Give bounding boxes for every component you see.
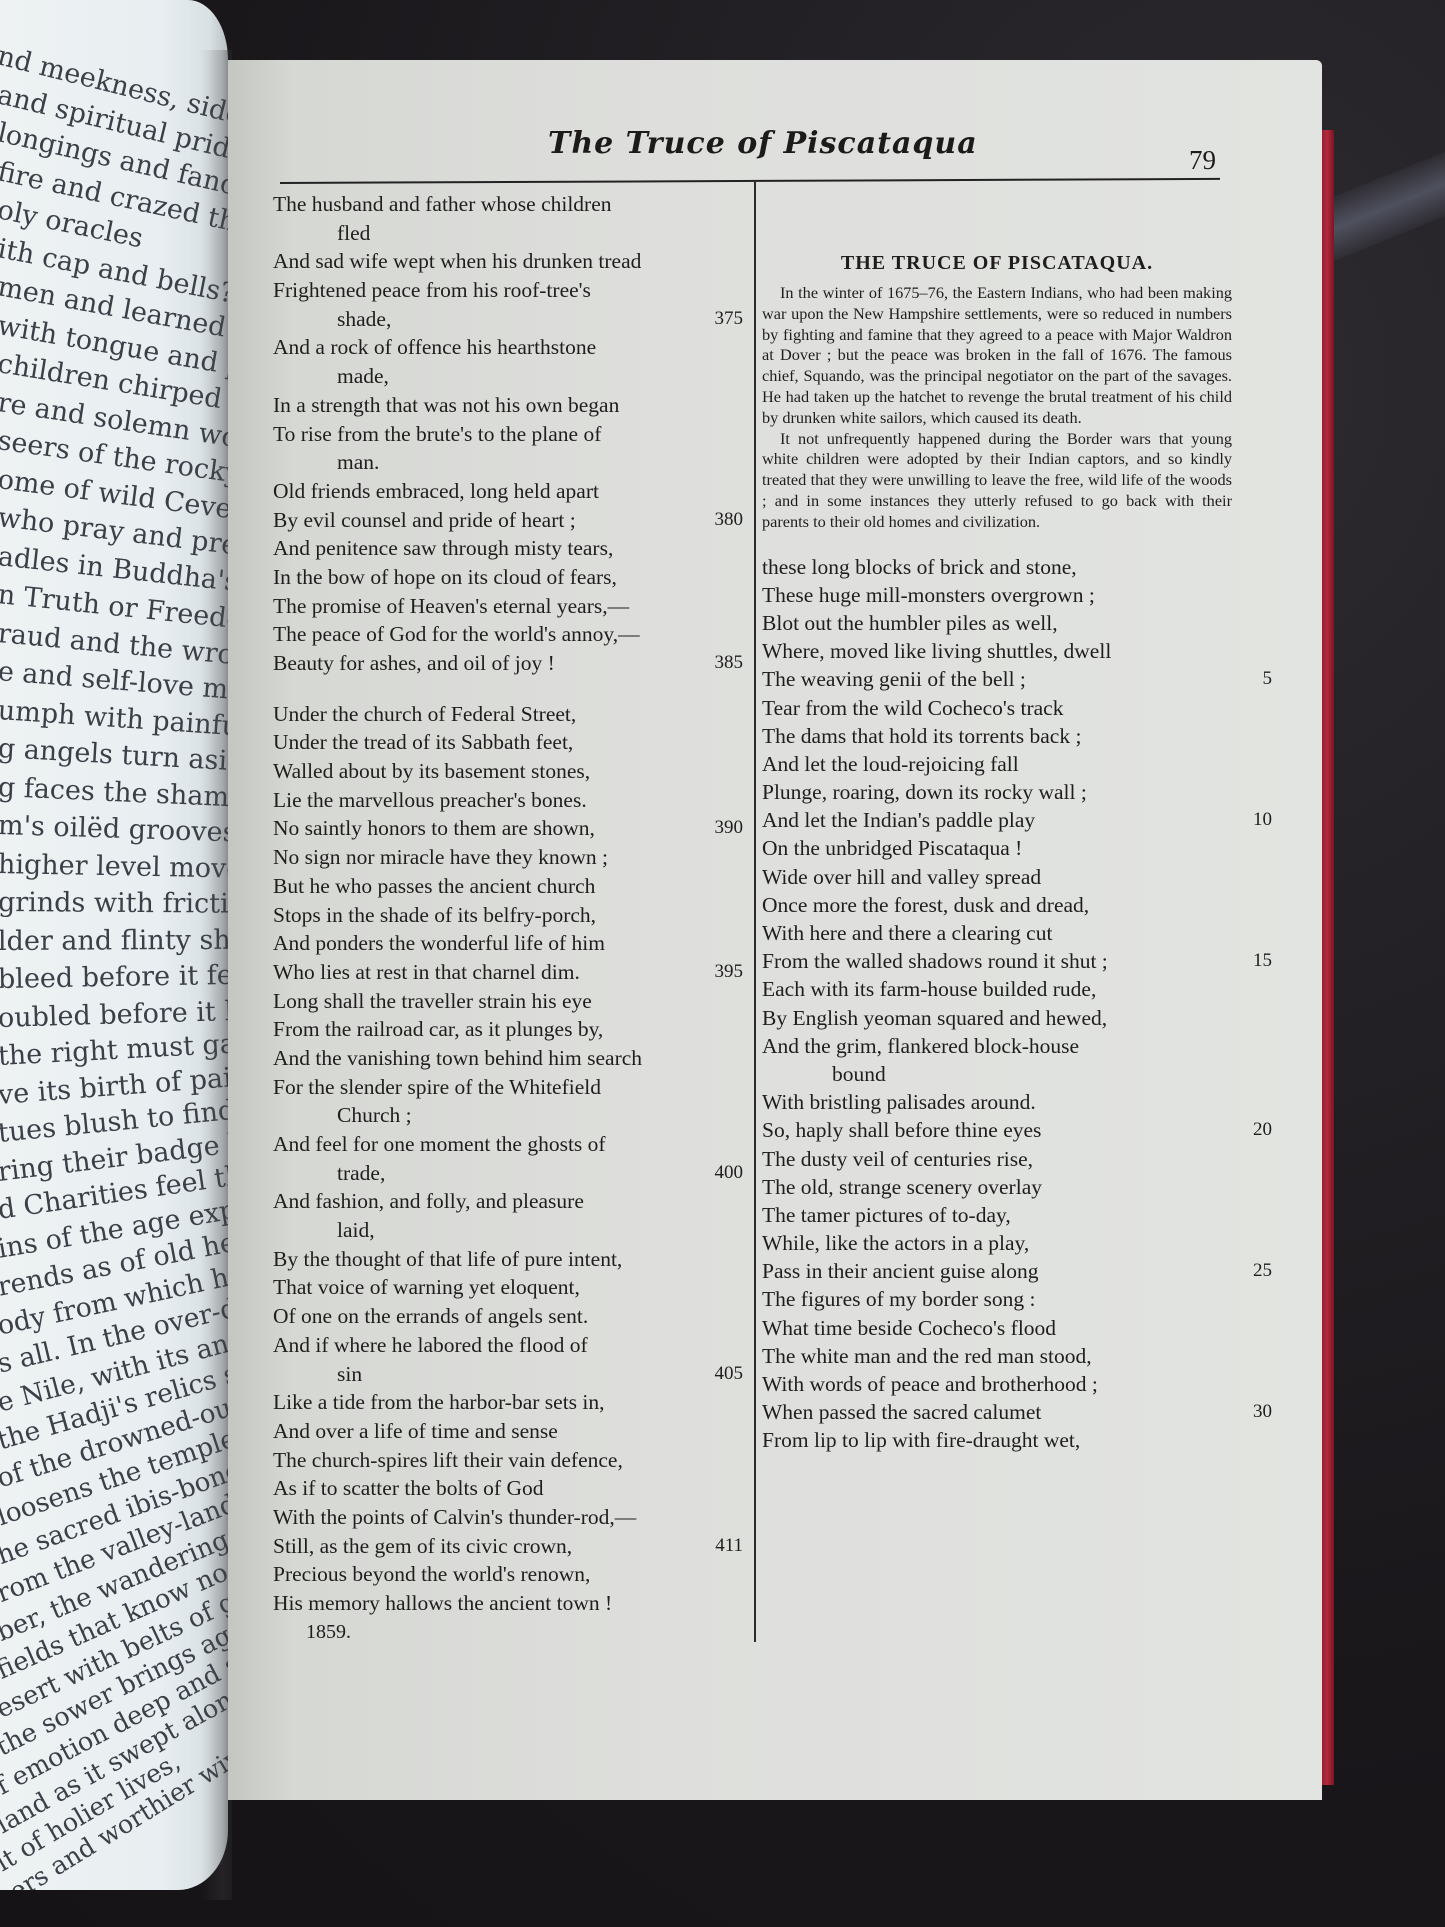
line-number: 411 [715, 1532, 743, 1561]
left-page-fragment: grinds with friction hard [0, 887, 228, 920]
verse-line: laid, [273, 1216, 743, 1245]
verse-text: Like a tide from the harbor-bar sets in, [273, 1390, 605, 1414]
verse-line: Like a tide from the harbor-bar sets in, [273, 1388, 743, 1417]
verse-line: The peace of God for the world's annoy,— [273, 620, 743, 649]
line-number: 405 [715, 1360, 744, 1389]
verse-line: The weaving genii of the bell ;5 [762, 665, 1252, 693]
verse-text: No sign nor miracle have they known ; [273, 845, 608, 869]
verse-text: Frightened peace from his roof-tree's [273, 278, 591, 302]
verse-line: Plunge, roaring, down its rocky wall ; [762, 778, 1252, 806]
intro-paragraph: It not unfrequently happened during the … [762, 429, 1232, 533]
verse-text: Long shall the traveller strain his eye [273, 989, 592, 1013]
verse-line: Beauty for ashes, and oil of joy !385 [273, 649, 743, 678]
left-column-poem: The husband and father whose childrenfle… [273, 190, 743, 1646]
verse-text: The church-spires lift their vain defenc… [273, 1448, 623, 1472]
poem-title: THE TRUCE OF PISCATAQUA. [762, 252, 1232, 275]
verse-line: And sad wife wept when his drunken tread [273, 247, 743, 276]
verse-text: Each with its farm-house builded rude, [762, 977, 1096, 1001]
verse-text: For the slender spire of the Whitefield [273, 1075, 601, 1099]
verse-text: Where, moved like living shuttles, dwell [762, 639, 1111, 663]
verse-line: The dusty veil of centuries rise, [762, 1145, 1252, 1173]
verse-text: On the unbridged Piscataqua ! [762, 836, 1022, 860]
left-page-fragment: bleed before it feels, [0, 959, 228, 995]
verse-line: His memory hallows the ancient town ! [273, 1589, 743, 1618]
verse-line: The dams that hold its torrents back ; [762, 722, 1252, 750]
verse-text: The old, strange scenery overlay [762, 1175, 1042, 1199]
verse-text: The peace of God for the world's annoy,— [273, 622, 640, 646]
verse-text: The tamer pictures of to-day, [762, 1203, 1011, 1227]
line-number: 375 [715, 305, 744, 334]
verse-line: sin405 [273, 1360, 743, 1389]
verse-line: Wide over hill and valley spread [762, 863, 1252, 891]
verse-line: And feel for one moment the ghosts of [273, 1130, 743, 1159]
line-number: 400 [715, 1159, 744, 1188]
verse-line: The promise of Heaven's eternal years,— [273, 592, 743, 621]
verse-text: Still, as the gem of its civic crown, [273, 1534, 572, 1558]
verse-line: And if where he labored the flood of [273, 1331, 743, 1360]
verse-text: Under the church of Federal Street, [273, 702, 576, 726]
verse-line: With words of peace and brotherhood ; [762, 1370, 1252, 1398]
verse-line: Frightened peace from his roof-tree's [273, 276, 743, 305]
verse-line: Under the church of Federal Street, [273, 700, 743, 729]
verse-text: To rise from the brute's to the plane of [273, 422, 601, 446]
left-page: nd meekness, side by sideand spiritual p… [0, 0, 228, 1890]
verse-line: man. [273, 448, 743, 477]
verse-text: Blot out the humbler piles as well, [762, 611, 1058, 635]
verse-line: And the vanishing town behind him search [273, 1044, 743, 1073]
verse-line: With the points of Calvin's thunder-rod,… [273, 1503, 743, 1532]
verse-text: No saintly honors to them are shown, [273, 816, 595, 840]
verse-text: What time beside Cocheco's flood [762, 1316, 1056, 1340]
verse-text: But he who passes the ancient church [273, 874, 595, 898]
poem-date: 1859. [273, 1618, 743, 1647]
verse-line: No sign nor miracle have they known ; [273, 843, 743, 872]
verse-line: The church-spires lift their vain defenc… [273, 1446, 743, 1475]
verse-line: And over a life of time and sense [273, 1417, 743, 1446]
line-number: 15 [1253, 947, 1272, 975]
verse-line: By English yeoman squared and hewed, [762, 1004, 1252, 1032]
verse-line: made, [273, 362, 743, 391]
verse-text: And fashion, and folly, and pleasure [273, 1189, 584, 1213]
verse-text: bound [832, 1062, 886, 1086]
verse-line: fled [273, 219, 743, 248]
verse-text: By the thought of that life of pure inte… [273, 1247, 622, 1271]
verse-line: As if to scatter the bolts of God [273, 1474, 743, 1503]
verse-text: With here and there a clearing cut [762, 921, 1052, 945]
verse-text: And let the loud-rejoicing fall [762, 752, 1019, 776]
verse-line: trade,400 [273, 1159, 743, 1188]
intro-paragraph: In the winter of 1675–76, the Eastern In… [762, 283, 1232, 429]
verse-line: The white man and the red man stood, [762, 1342, 1252, 1370]
poem-verses: these long blocks of brick and stone,The… [762, 553, 1252, 1455]
verse-text: The weaving genii of the bell ; [762, 667, 1026, 691]
verse-text: And sad wife wept when his drunken tread [273, 249, 641, 273]
verse-line: The husband and father whose children [273, 190, 743, 219]
verse-text: In the bow of hope on its cloud of fears… [273, 565, 617, 589]
verse-text: Once more the forest, dusk and dread, [762, 893, 1089, 917]
verse-line: Precious beyond the world's renown, [273, 1560, 743, 1589]
verse-line: What time beside Cocheco's flood [762, 1314, 1252, 1342]
verse-line: Once more the forest, dusk and dread, [762, 891, 1252, 919]
verse-text: By English yeoman squared and hewed, [762, 1006, 1107, 1030]
verse-line: Each with its farm-house builded rude, [762, 975, 1252, 1003]
left-page-fragment: oubled before it heals; [0, 993, 228, 1033]
verse-line: bound [762, 1060, 1252, 1088]
verse-text: The husband and father whose children [273, 192, 612, 216]
verse-text: And the vanishing town behind him search [273, 1046, 642, 1070]
verse-line: And the grim, flankered block-house [762, 1032, 1252, 1060]
verse-text: And a rock of offence his hearthstone [273, 335, 596, 359]
verse-text: Under the tread of its Sabbath feet, [273, 730, 573, 754]
verse-text: With the points of Calvin's thunder-rod,… [273, 1505, 636, 1529]
verse-line: That voice of warning yet eloquent, [273, 1273, 743, 1302]
verse-text: Tear from the wild Cocheco's track [762, 696, 1063, 720]
verse-text: these long blocks of brick and stone, [762, 555, 1077, 579]
verse-text: While, like the actors in a play, [762, 1231, 1029, 1255]
line-number: 385 [715, 649, 744, 678]
verse-line: No saintly honors to them are shown,390 [273, 814, 743, 843]
verse-text: And over a life of time and sense [273, 1419, 558, 1443]
line-number: 25 [1253, 1257, 1272, 1285]
verse-text: fled [337, 221, 370, 245]
verse-text: From lip to lip with fire-draught wet, [762, 1428, 1080, 1452]
verse-text: Old friends embraced, long held apart [273, 479, 599, 503]
verse-text: Precious beyond the world's renown, [273, 1562, 590, 1586]
verse-text: Church ; [337, 1103, 412, 1127]
verse-line: By evil counsel and pride of heart ;380 [273, 506, 743, 535]
verse-text: And the grim, flankered block-house [762, 1034, 1079, 1058]
verse-text: With bristling palisades around. [762, 1090, 1036, 1114]
verse-text: And let the Indian's paddle play [762, 808, 1035, 832]
verse-text: made, [337, 364, 389, 388]
right-column: THE TRUCE OF PISCATAQUA. In the winter o… [762, 240, 1232, 1455]
verse-text: From the walled shadows round it shut ; [762, 949, 1108, 973]
verse-text: trade, [337, 1161, 385, 1185]
verse-line: Church ; [273, 1101, 743, 1130]
poem-introduction: In the winter of 1675–76, the Eastern In… [762, 283, 1232, 533]
verse-line: Lie the marvellous preacher's bones. [273, 786, 743, 815]
verse-line: From the railroad car, as it plunges by, [273, 1015, 743, 1044]
verse-text: The dams that hold its torrents back ; [762, 724, 1081, 748]
verse-line: Stops in the shade of its belfry-porch, [273, 901, 743, 930]
verse-line: Who lies at rest in that charnel dim.395 [273, 958, 743, 987]
verse-text: Of one on the errands of angels sent. [273, 1304, 588, 1328]
verse-line: And let the Indian's paddle play10 [762, 806, 1252, 834]
verse-text: Beauty for ashes, and oil of joy ! [273, 651, 555, 675]
verse-line: Of one on the errands of angels sent. [273, 1302, 743, 1331]
verse-line: From the walled shadows round it shut ;1… [762, 947, 1252, 975]
verse-text: The white man and the red man stood, [762, 1344, 1092, 1368]
line-number: 395 [715, 958, 744, 987]
verse-line: these long blocks of brick and stone, [762, 553, 1252, 581]
left-page-fragment: m's oilëd grooves [0, 810, 228, 848]
verse-line: Under the tread of its Sabbath feet, [273, 728, 743, 757]
verse-line: And penitence saw through misty tears, [273, 534, 743, 563]
page-number: 79 [1189, 145, 1216, 176]
verse-line: While, like the actors in a play, [762, 1229, 1252, 1257]
verse-line: Where, moved like living shuttles, dwell [762, 637, 1252, 665]
verse-text: shade, [337, 307, 391, 331]
verse-text: His memory hallows the ancient town ! [273, 1591, 612, 1615]
verse-text: The dusty veil of centuries rise, [762, 1147, 1033, 1171]
verse-line: By the thought of that life of pure inte… [273, 1245, 743, 1274]
verse-line: And a rock of offence his hearthstone [273, 333, 743, 362]
verse-line: Tear from the wild Cocheco's track [762, 694, 1252, 722]
verse-line: And fashion, and folly, and pleasure [273, 1187, 743, 1216]
verse-line: The old, strange scenery overlay [762, 1173, 1252, 1201]
verse-line: When passed the sacred calumet30 [762, 1398, 1252, 1426]
verse-line: Still, as the gem of its civic crown,411 [273, 1532, 743, 1561]
verse-text: And penitence saw through misty tears, [273, 536, 613, 560]
verse-text: Lie the marvellous preacher's bones. [273, 788, 587, 812]
line-number: 10 [1253, 806, 1272, 834]
verse-text: Pass in their ancient guise along [762, 1259, 1038, 1283]
verse-line: These huge mill-monsters overgrown ; [762, 581, 1252, 609]
verse-line: But he who passes the ancient church [273, 872, 743, 901]
verse-text: Stops in the shade of its belfry-porch, [273, 903, 596, 927]
line-number: 5 [1263, 665, 1273, 693]
verse-line: In a strength that was not his own began [273, 391, 743, 420]
book-cover-edge [1320, 130, 1334, 1785]
verse-line: The figures of my border song : [762, 1285, 1252, 1313]
verse-line: Blot out the humbler piles as well, [762, 609, 1252, 637]
verse-text: That voice of warning yet eloquent, [273, 1275, 580, 1299]
left-page-fragment: g angels turn aside [0, 733, 228, 779]
verse-text: laid, [337, 1218, 375, 1242]
verse-text: The promise of Heaven's eternal years,— [273, 594, 629, 618]
verse-text: When passed the sacred calumet [762, 1400, 1041, 1424]
line-number: 380 [715, 506, 744, 535]
line-number: 30 [1253, 1398, 1272, 1426]
verse-text: Walled about by its basement stones, [273, 759, 590, 783]
verse-text: These huge mill-monsters overgrown ; [762, 583, 1095, 607]
verse-line: So, haply shall before thine eyes20 [762, 1116, 1252, 1144]
verse-text: Wide over hill and valley spread [762, 865, 1041, 889]
verse-text: man. [337, 450, 379, 474]
verse-text: And if where he labored the flood of [273, 1333, 588, 1357]
left-page-fragment: higher level moves, [0, 849, 228, 885]
verse-text: And ponders the wonderful life of him [273, 931, 605, 955]
verse-text: In a strength that was not his own began [273, 393, 619, 417]
verse-line: Old friends embraced, long held apart [273, 477, 743, 506]
line-number: 20 [1253, 1116, 1272, 1144]
verse-text: Plunge, roaring, down its rocky wall ; [762, 780, 1087, 804]
verse-line: With here and there a clearing cut [762, 919, 1252, 947]
line-number: 390 [715, 814, 744, 843]
verse-text: The figures of my border song : [762, 1287, 1035, 1311]
verse-line: On the unbridged Piscataqua ! [762, 834, 1252, 862]
verse-line: Pass in their ancient guise along25 [762, 1257, 1252, 1285]
running-head: The Truce of Piscataqua [548, 126, 978, 161]
verse-line: shade,375 [273, 305, 743, 334]
verse-line: For the slender spire of the Whitefield [273, 1073, 743, 1102]
verse-line: With bristling palisades around. [762, 1088, 1252, 1116]
verse-line: And let the loud-rejoicing fall [762, 750, 1252, 778]
verse-text: sin [337, 1362, 362, 1386]
verse-text: With words of peace and brotherhood ; [762, 1372, 1098, 1396]
verse-text: So, haply shall before thine eyes [762, 1118, 1041, 1142]
verse-text: By evil counsel and pride of heart ; [273, 508, 576, 532]
verse-line: In the bow of hope on its cloud of fears… [273, 563, 743, 592]
verse-line: Long shall the traveller strain his eye [273, 987, 743, 1016]
verse-text: As if to scatter the bolts of God [273, 1476, 544, 1500]
verse-text: And feel for one moment the ghosts of [273, 1132, 606, 1156]
verse-line: Walled about by its basement stones, [273, 757, 743, 786]
verse-text: From the railroad car, as it plunges by, [273, 1017, 603, 1041]
verse-text: Who lies at rest in that charnel dim. [273, 960, 580, 984]
verse-line: To rise from the brute's to the plane of [273, 420, 743, 449]
verse-line: From lip to lip with fire-draught wet, [762, 1426, 1252, 1454]
verse-line: And ponders the wonderful life of him [273, 929, 743, 958]
verse-line: The tamer pictures of to-day, [762, 1201, 1252, 1229]
left-page-fragment: lder and flinty shard. [0, 924, 228, 957]
column-divider [754, 182, 756, 1642]
stanza-break [273, 678, 743, 700]
